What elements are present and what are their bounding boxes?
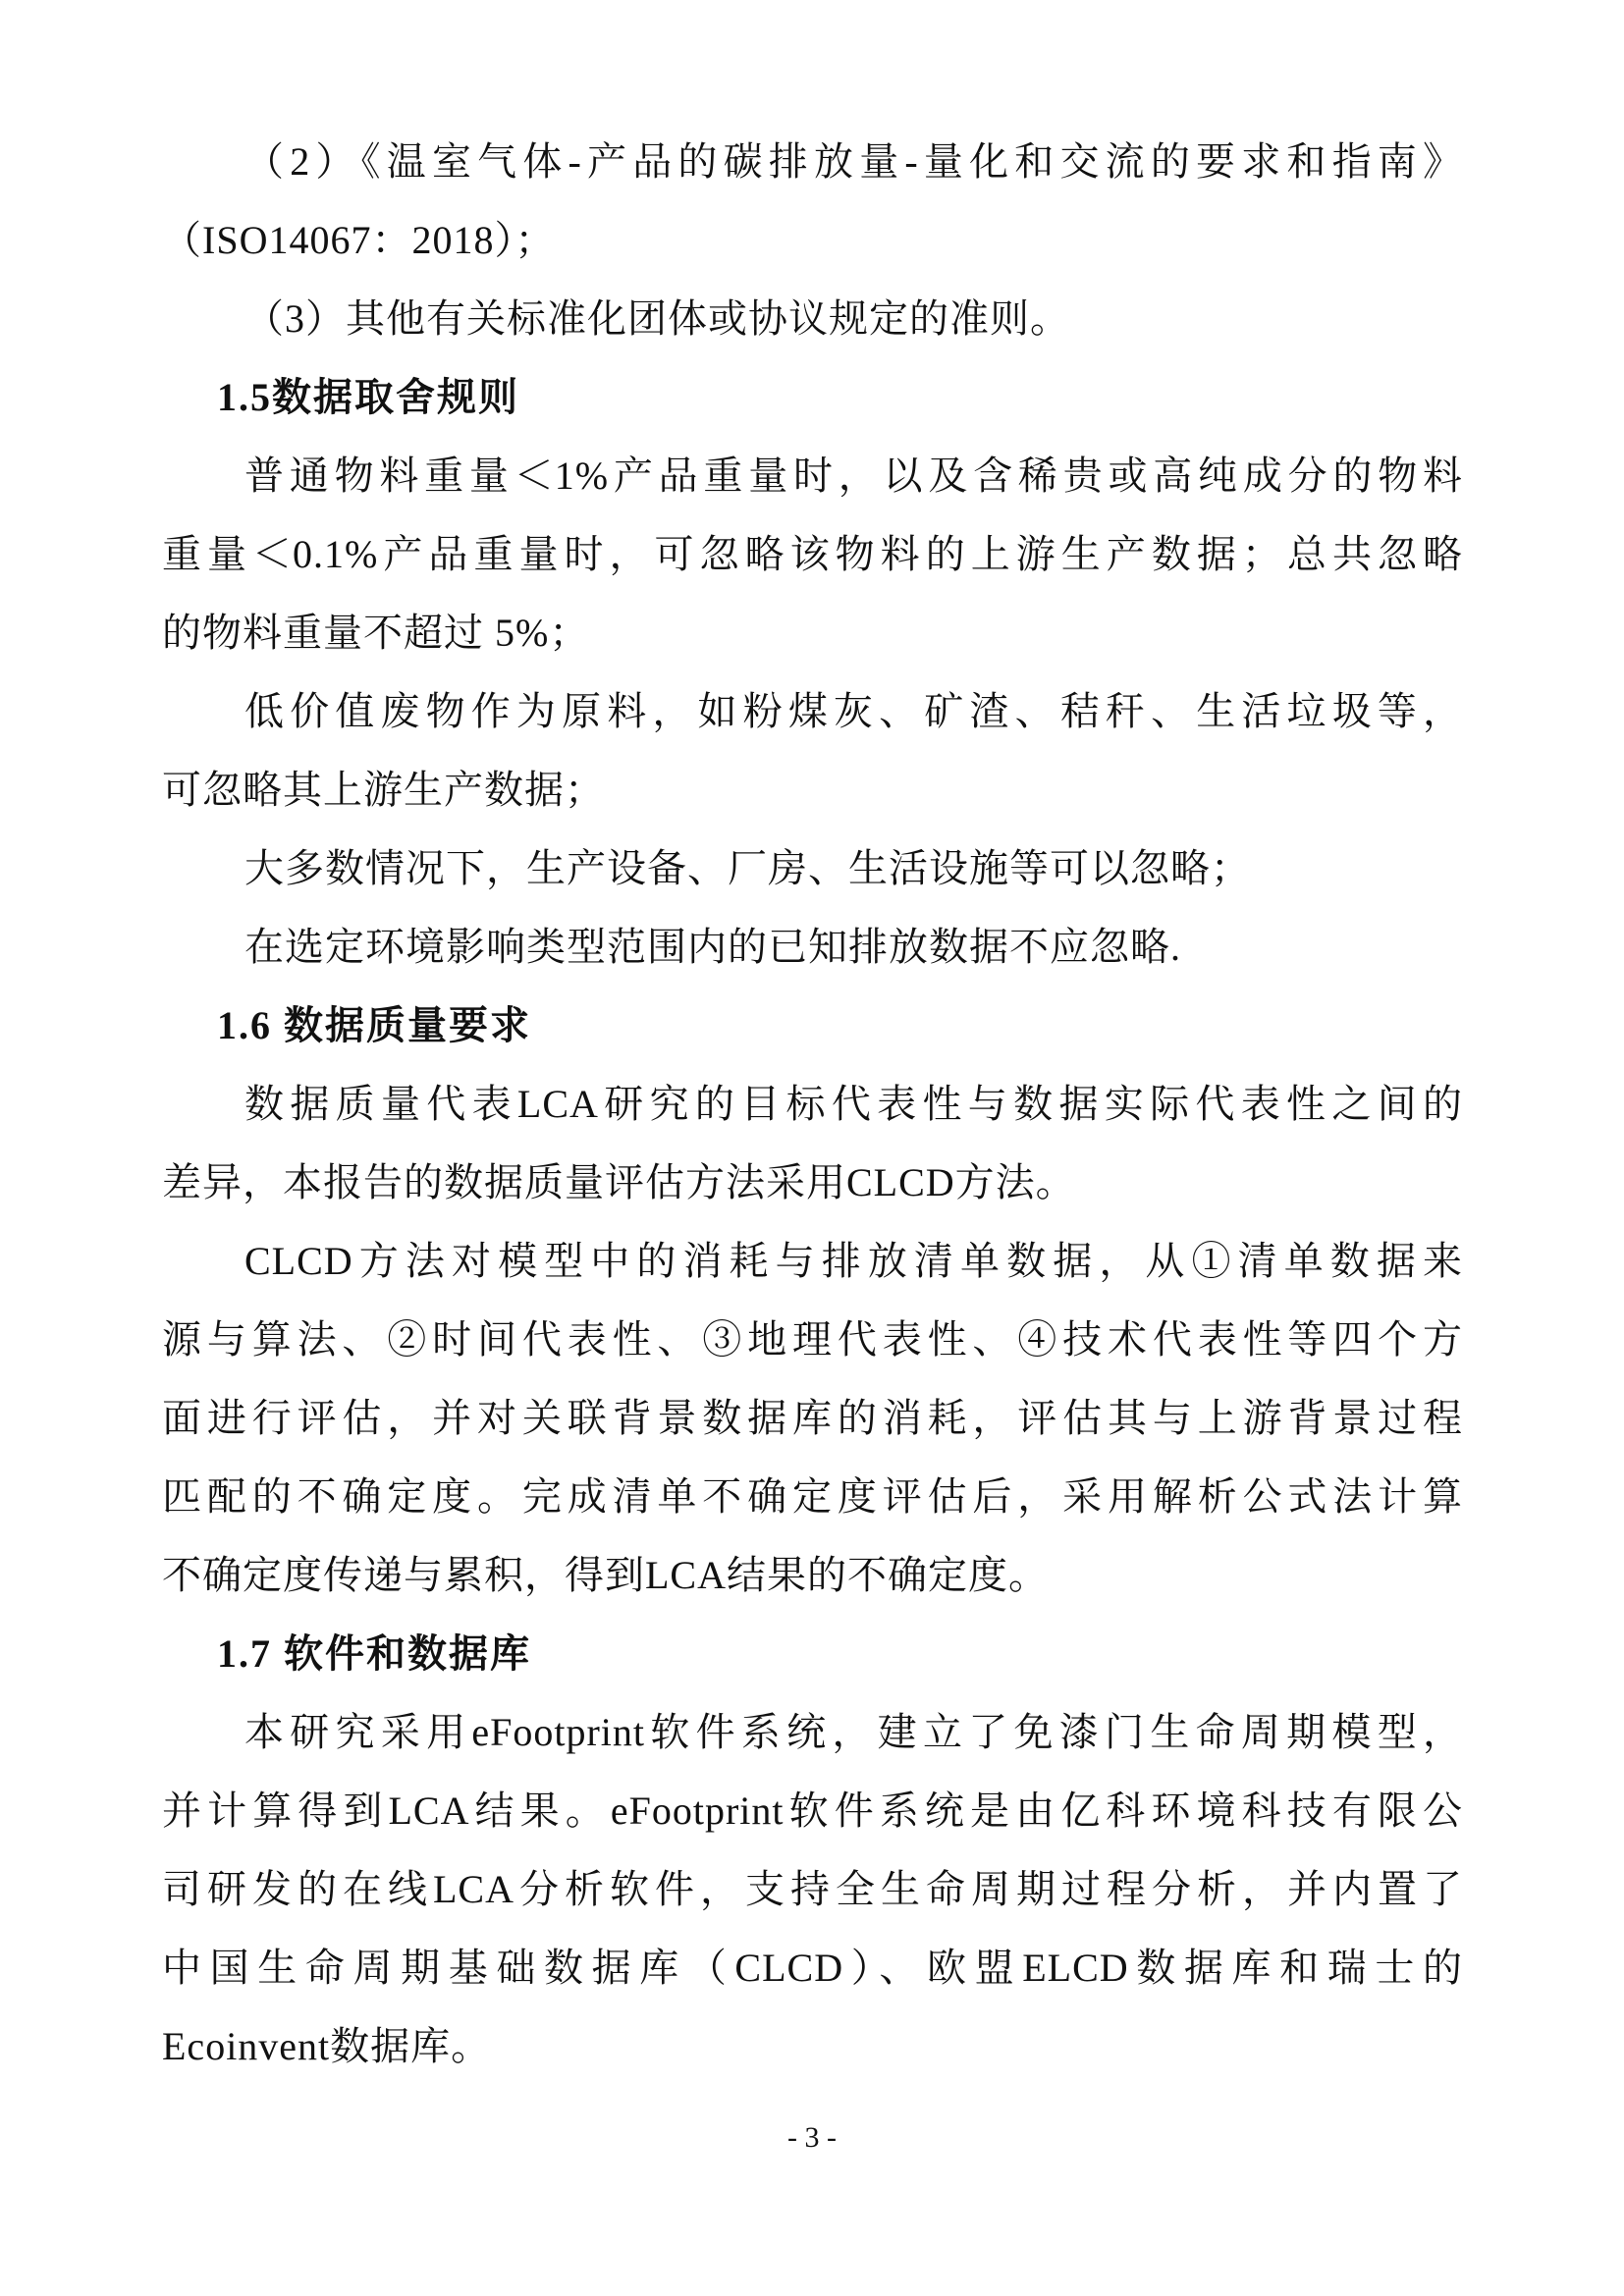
body-line: 差异，本报告的数据质量评估方法采用CLCD方法。 bbox=[162, 1144, 1463, 1222]
body-line: 普通物料重量＜1%产品重量时，以及含稀贵或高纯成分的物料 bbox=[162, 437, 1463, 515]
body-line: 大多数情况下，生产设备、厂房、生活设施等可以忽略； bbox=[162, 829, 1463, 908]
body-line: 匹配的不确定度。完成清单不确定度评估后，采用解析公式法计算 bbox=[162, 1458, 1463, 1536]
body-line: 可忽略其上游生产数据； bbox=[162, 751, 1463, 829]
body-line: 在选定环境影响类型范围内的已知排放数据不应忽略. bbox=[162, 908, 1463, 987]
body-line: 低价值废物作为原料，如粉煤灰、矿渣、秸秆、生活垃圾等， bbox=[162, 672, 1463, 751]
body-line: 重量＜0.1%产品重量时，可忽略该物料的上游生产数据；总共忽略 bbox=[162, 515, 1463, 594]
page-number: - 3 - bbox=[0, 2118, 1624, 2158]
list-item-3: （3）其他有关标准化团体或协议规定的准则。 bbox=[162, 280, 1463, 358]
body-line: 源与算法、②时间代表性、③地理代表性、④技术代表性等四个方 bbox=[162, 1301, 1463, 1379]
document-page: （2）《温室气体-产品的碳排放量-量化和交流的要求和指南》 （ISO14067：… bbox=[0, 0, 1624, 2296]
section-heading-1-6: 1.6 数据质量要求 bbox=[162, 987, 1463, 1065]
body-line: 数据质量代表LCA研究的目标代表性与数据实际代表性之间的 bbox=[162, 1065, 1463, 1144]
body-line: CLCD方法对模型中的消耗与排放清单数据，从①清单数据来 bbox=[162, 1222, 1463, 1301]
body-line: 不确定度传递与累积，得到LCA结果的不确定度。 bbox=[162, 1536, 1463, 1615]
list-item-2-line-1: （2）《温室气体-产品的碳排放量-量化和交流的要求和指南》 bbox=[162, 123, 1463, 201]
body-line: Ecoinvent数据库。 bbox=[162, 2007, 1463, 2086]
section-heading-1-5: 1.5数据取舍规则 bbox=[162, 358, 1463, 437]
body-line: 的物料重量不超过 5%； bbox=[162, 594, 1463, 672]
body-line: 面进行评估，并对关联背景数据库的消耗，评估其与上游背景过程 bbox=[162, 1379, 1463, 1458]
list-item-2-line-2: （ISO14067：2018）； bbox=[162, 201, 1463, 280]
body-line: 司研发的在线LCA分析软件，支持全生命周期过程分析，并内置了 bbox=[162, 1850, 1463, 1929]
body-line: 并计算得到LCA结果。eFootprint软件系统是由亿科环境科技有限公 bbox=[162, 1772, 1463, 1850]
page-body: （2）《温室气体-产品的碳排放量-量化和交流的要求和指南》 （ISO14067：… bbox=[162, 123, 1463, 2086]
section-heading-1-7: 1.7 软件和数据库 bbox=[162, 1615, 1463, 1693]
body-line: 中国生命周期基础数据库（CLCD）、欧盟ELCD数据库和瑞士的 bbox=[162, 1929, 1463, 2007]
body-line: 本研究采用eFootprint软件系统，建立了免漆门生命周期模型， bbox=[162, 1693, 1463, 1772]
